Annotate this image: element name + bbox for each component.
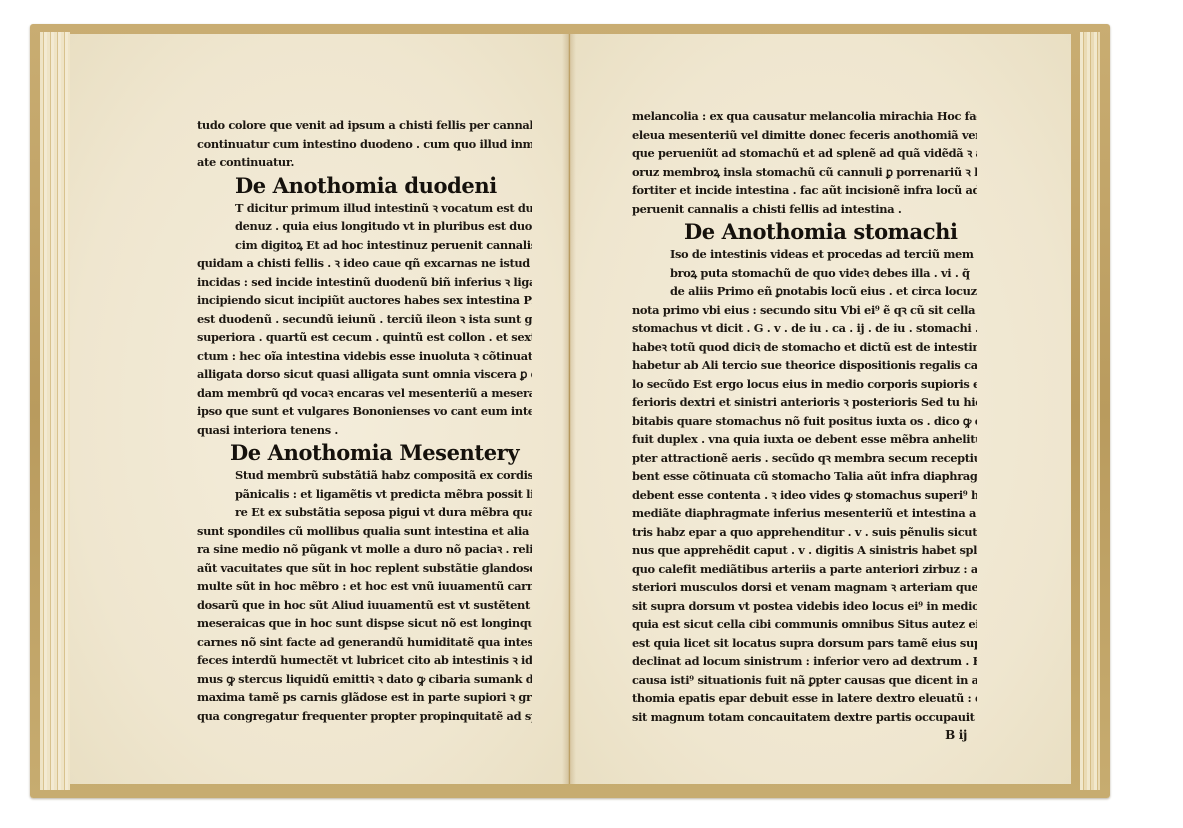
text-line: nota primo vbi eius : secundo situ Vbi e… <box>632 301 977 320</box>
text-line: declinat ad locum sinistrum : inferior v… <box>632 652 977 671</box>
text-line: est quia licet sit locatus supra dorsum … <box>632 634 977 653</box>
text-line: quo calefit mediãtibus arteriis a parte … <box>632 560 977 579</box>
signature-mark: B ij <box>632 726 977 744</box>
text-line: ra sine medio nõ pũgank vt molle a duro … <box>197 540 532 559</box>
text-line: bitabis quare stomachus nõ fuit positus … <box>632 412 977 431</box>
right-page-text: melancolia : ex qua causatur melancolia … <box>632 107 977 744</box>
text-line: steriori musculos dorsi et venam magnam … <box>632 578 977 597</box>
text-line: ate continuatur. <box>197 153 532 172</box>
text-line: mus ꝙ stercus liquidũ emittiꝛ ꝛ dato ꝙ c… <box>197 670 532 689</box>
left-page-edges <box>40 32 70 790</box>
text-line: qua congregatur frequenter propter propi… <box>197 707 532 726</box>
text-line: fuit duplex . vna quia iuxta oe debent e… <box>632 430 977 449</box>
text-line: incipiendo sicut incipiũt auctores habes… <box>197 291 532 310</box>
text-line: ferioris dextri et sinistri anterioris ꝛ… <box>632 393 977 412</box>
text-line: alligata dorso sicut quasi alligata sunt… <box>197 365 532 384</box>
text-line: habeꝛ totũ quod diciꝛ de stomacho et dic… <box>632 338 977 357</box>
text-line: maxima tamẽ ps carnis glãdose est in par… <box>197 688 532 707</box>
text-line: sit magnum totam concauitatem dextre par… <box>632 708 977 727</box>
text-line: quasi interiora tenens . <box>197 421 532 440</box>
text-line: eleua mesenteriũ vel dimitte donec fecer… <box>632 126 977 145</box>
text-line: ctum : hec oĩa intestina videbis esse in… <box>197 347 532 366</box>
text-line: pãnicalis : et ligamẽtis vt predicta mẽb… <box>197 485 532 504</box>
text-line: continuatur cum intestino duodeno . cum … <box>197 135 532 154</box>
text-line: dam membrũ qd vocaꝛ encaras vel mesenter… <box>197 384 532 403</box>
text-line: habetur ab Ali tercio sue theorice dispo… <box>632 356 977 375</box>
text-line: stomachus vt dicit . G . v . de iu . ca … <box>632 319 977 338</box>
text-line: superiora . quartũ est cecum . quintũ es… <box>197 328 532 347</box>
text-line: melancolia : ex qua causatur melancolia … <box>632 107 977 126</box>
text-line: thomia epatis epar debuit esse in latere… <box>632 689 977 708</box>
text-line: fortiter et incide intestina . fac aũt i… <box>632 181 977 200</box>
text-line: quidam a chisti fellis . ꝛ ideo caue qñ … <box>197 254 532 273</box>
book-gutter <box>562 34 576 784</box>
text-line: dosarũ que in hoc sũt Aliud iuuamentũ es… <box>197 596 532 615</box>
text-line: T dicitur primum illud intestinũ ꝛ vocat… <box>197 199 532 218</box>
text-line: ipso que sunt et vulgares Bononienses vo… <box>197 402 532 421</box>
text-line: tudo colore que venit ad ipsum a chisti … <box>197 116 532 135</box>
text-line: mediãte diaphragmate inferius mesenteriũ… <box>632 504 977 523</box>
text-line: aũt vacuitates que sũt in hoc replent su… <box>197 559 532 578</box>
text-line: peruenit cannalis a chisti fellis ad int… <box>632 200 977 219</box>
text-line: meseraicas que in hoc sunt dispse sicut … <box>197 614 532 633</box>
text-line: bent esse cõtinuata cũ stomacho Talia aũ… <box>632 467 977 486</box>
left-page-text: tudo colore que venit ad ipsum a chisti … <box>197 116 532 725</box>
text-line: oruz membroꝝ insla stomachũ cũ cannuli ꝑ… <box>632 163 977 182</box>
text-line: sit supra dorsum vt postea videbis ideo … <box>632 597 977 616</box>
text-line: pter attractionẽ aeris . secũdo qꝛ membr… <box>632 449 977 468</box>
text-line: carnes nõ sint facte ad generandũ humidi… <box>197 633 532 652</box>
text-line: feces interdũ humectẽt vt lubricet cito … <box>197 651 532 670</box>
text-line: tris habz epar a quo apprehenditur . v .… <box>632 523 977 542</box>
text-line: incidas : sed incide intestinũ duodenũ b… <box>197 273 532 292</box>
text-line: nus que apprehẽdit caput . v . digitis A… <box>632 541 977 560</box>
text-line: est duodenũ . secundũ ieiunũ . terciũ il… <box>197 310 532 329</box>
text-line: re Et ex substãtia seposa pigui vt dura … <box>197 503 532 522</box>
text-line: denuz . quia eius longitudo vt in plurib… <box>197 217 532 236</box>
text-line: lo secũdo Est ergo locus eius in medio c… <box>632 375 977 394</box>
text-line: quia est sicut cella cibi communis omnib… <box>632 615 977 634</box>
section-heading-mesentery: De Anothomia Mesentery <box>197 440 532 466</box>
section-heading-duodeni: De Anothomia duodeni <box>197 173 532 199</box>
text-line: Stud membrũ substãtiã habz compositã ex … <box>197 466 532 485</box>
text-line: sunt spondiles cũ mollibus qualia sunt i… <box>197 522 532 541</box>
section-heading-stomachi: De Anothomia stomachi <box>632 219 977 245</box>
text-line: Iso de intestinis videas et procedas ad … <box>632 245 977 264</box>
text-line: cim digitoꝝ Et ad hoc intestinuz perueni… <box>197 236 532 255</box>
text-line: de aliis Primo eñ ꝑnotabis locũ eius . e… <box>632 282 977 301</box>
text-line: broꝝ puta stomachũ de quo videꝛ debes il… <box>632 264 977 283</box>
text-line: multe sũt in hoc mẽbro : et hoc est vnũ … <box>197 577 532 596</box>
right-page-edges <box>1080 32 1100 790</box>
text-line: causa isti⁹ situationis fuit nã ꝑpter ca… <box>632 671 977 690</box>
text-line: debent esse contenta . ꝛ ideo vides ꝙ st… <box>632 486 977 505</box>
text-line: que perueniũt ad stomachũ et ad splenẽ a… <box>632 144 977 163</box>
